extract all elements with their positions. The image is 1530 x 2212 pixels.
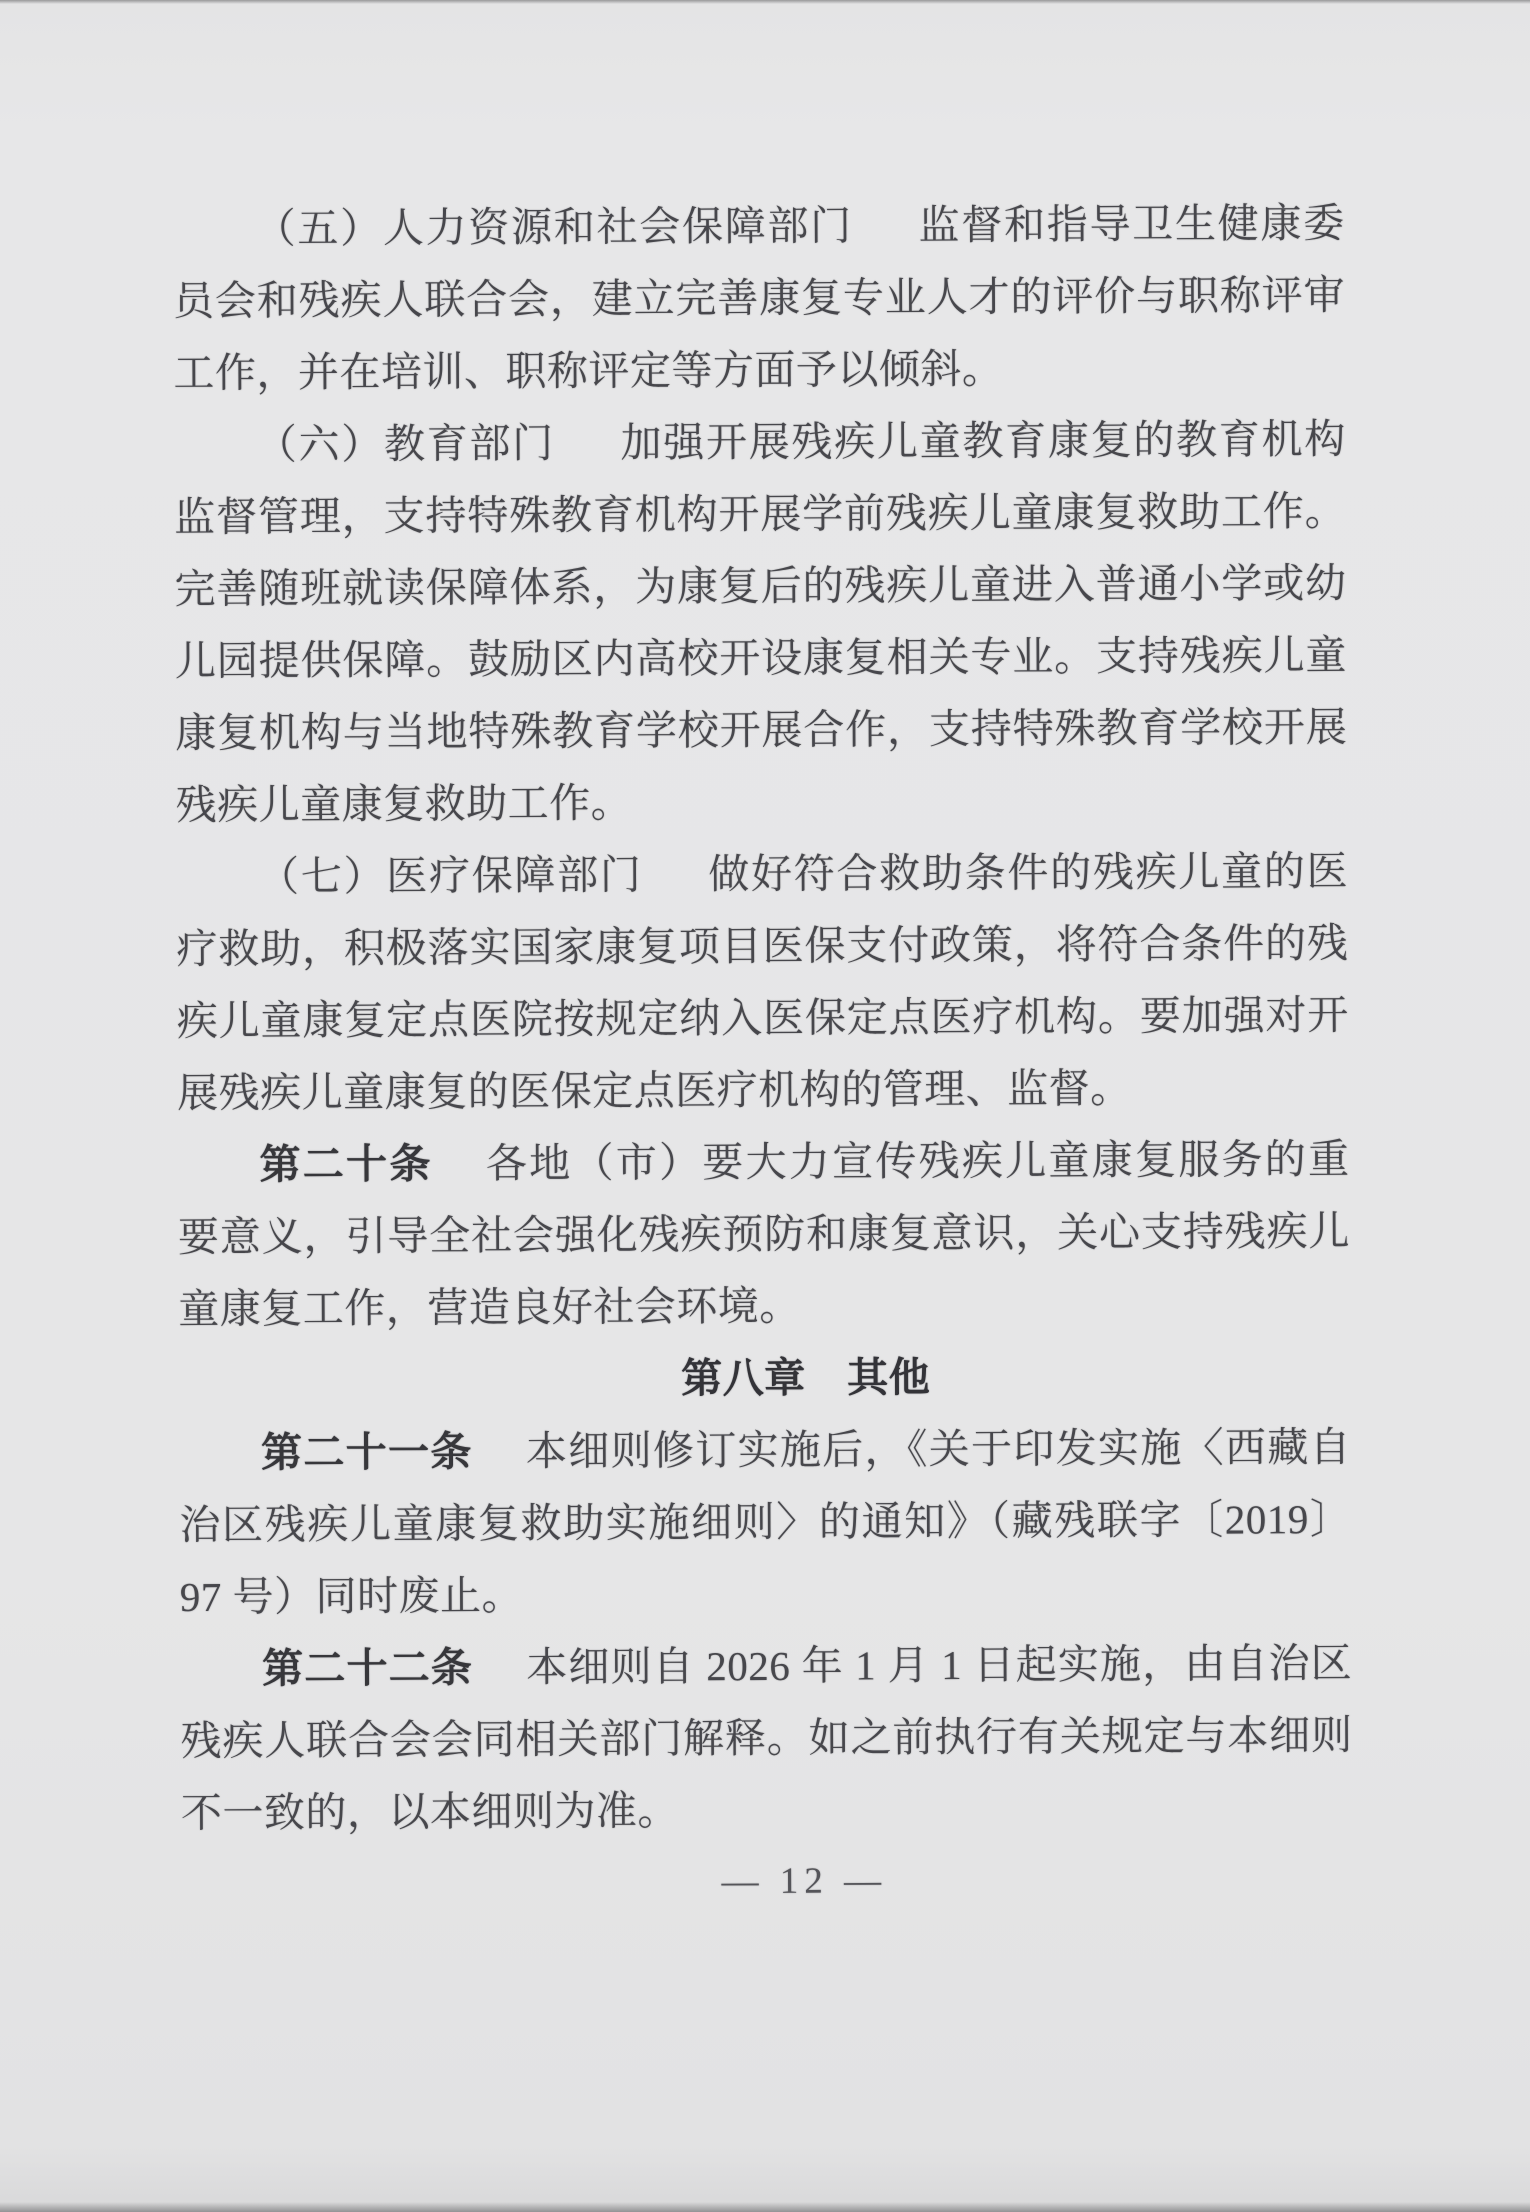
scan-edge-bottom (0, 2202, 1530, 2212)
article-number-label: 第二十一条 (261, 1429, 473, 1476)
article-number-label: 第二十条 (259, 1141, 432, 1188)
document-text-block: （五）人力资源和社会保障部门监督和指导卫生健康委员会和残疾人联合会，建立完善康复… (172, 187, 1353, 1921)
clause-label: （五）人力资源和社会保障部门 (255, 203, 854, 252)
clause-text: 加强开展残疾儿童教育康复的教育机构监督管理，支持特殊教育机构开展学前残疾儿童康复… (174, 416, 1347, 828)
scanned-document-page: （五）人力资源和社会保障部门监督和指导卫生健康委员会和残疾人联合会，建立完善康复… (0, 0, 1530, 2212)
paragraph-article-21: 第二十一条本细则修订实施后，《关于印发实施〈西藏自治区残疾儿童康复救助实施细则〉… (179, 1411, 1352, 1633)
article-number-label: 第二十二条 (262, 1645, 473, 1692)
clause-label: （七）医疗保障部门 (258, 852, 643, 900)
page-number: — 12 — (181, 1843, 1353, 1921)
scan-edge-top (0, 0, 1530, 4)
paragraph-item-5: （五）人力资源和社会保障部门监督和指导卫生健康委员会和残疾人联合会，建立完善康复… (172, 187, 1345, 409)
paragraph-item-7: （七）医疗保障部门做好符合救助条件的残疾儿童的医疗救助，积极落实国家康复项目医保… (176, 835, 1349, 1129)
paragraph-article-20: 第二十条各地（市）要大力宣传残疾儿童康复服务的重要意义，引导全社会强化残疾预防和… (177, 1123, 1350, 1345)
clause-label: （六）教育部门 (256, 420, 555, 468)
paragraph-item-6: （六）教育部门加强开展残疾儿童教育康复的教育机构监督管理，支持特殊教育机构开展学… (174, 403, 1348, 841)
chapter-heading: 第八章 其他 (179, 1339, 1351, 1417)
paragraph-article-22: 第二十二条本细则自 2026 年 1 月 1 日起实施，由自治区残疾人联合会会同… (180, 1627, 1353, 1849)
